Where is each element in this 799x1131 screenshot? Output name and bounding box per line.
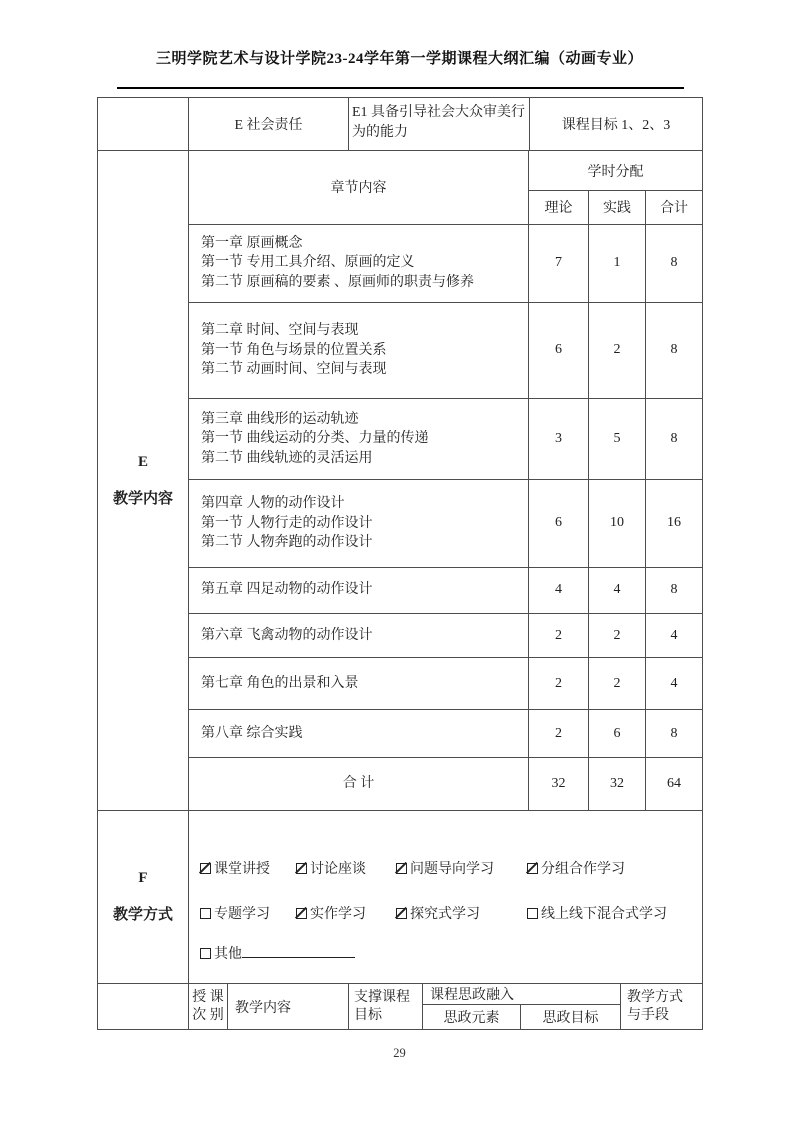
requirement-empty-cell: [98, 98, 189, 150]
chapter-line: 第二章 时间、空间与表现: [201, 321, 528, 341]
table-row: 第六章 飞禽动物的动作设计 2 2 4: [189, 614, 702, 659]
chapter-cell: 第二章 时间、空间与表现 第一节 角色与场景的位置关系 第二节 动画时间、空间与…: [189, 303, 529, 399]
method-option: 讨论座谈: [296, 858, 396, 878]
theory-hours: 2: [529, 614, 589, 658]
method-label: 课堂讲授: [214, 862, 270, 877]
teaching-content-section-label: E 教学内容: [98, 151, 189, 810]
chapter-line: 第二节 动画时间、空间与表现: [201, 360, 528, 380]
support-objectives-header: 支撑课程 目标: [349, 984, 423, 1029]
method-option: 分组合作学习: [527, 858, 702, 878]
requirement-attribute-cell: E 社会责任: [189, 98, 349, 150]
practice-hours: 10: [589, 480, 646, 567]
header-rule: [117, 87, 684, 89]
method-option: 线上线下混合式学习: [527, 903, 702, 923]
total-header: 合计: [646, 191, 702, 224]
requirement-indicator-line2: 为的能力: [352, 123, 527, 143]
theory-hours: 4: [529, 568, 589, 613]
practice-hours: 4: [589, 568, 646, 613]
unchecked-checkbox-icon: [527, 908, 538, 919]
method-label: 线上线下混合式学习: [541, 907, 667, 922]
teaching-methods-section: F 教学方式 课堂讲授 讨论座谈 问题导向学习 分组合作学习 专题学习 实作学习…: [98, 810, 702, 983]
chapter-cell: 第一章 原画概念 第一节 专用工具介绍、原画的定义 第二节 原画稿的要素 、原画…: [189, 225, 529, 302]
theory-hours: 6: [529, 480, 589, 567]
method-label: 专题学习: [214, 907, 270, 922]
chapter-line: 第一节 角色与场景的位置关系: [201, 341, 528, 361]
chapter-cell: 第四章 人物的动作设计 第一节 人物行走的动作设计 第二节 人物奔跑的动作设计: [189, 480, 529, 567]
total-hours: 8: [646, 303, 702, 399]
method-label: 问题导向学习: [410, 862, 494, 877]
teaching-methods-options: 课堂讲授 讨论座谈 问题导向学习 分组合作学习 专题学习 实作学习 探究式学习 …: [189, 811, 702, 983]
total-hours: 8: [646, 225, 702, 302]
chapter-line: 第一节 人物行走的动作设计: [201, 514, 528, 534]
method-label: 分组合作学习: [541, 862, 625, 877]
chapter-line: 第八章 综合实践: [201, 724, 528, 744]
teaching-content-section: E 教学内容 章节内容 学时分配 理论 实践 合计 第一章 原画概念 第一节: [98, 150, 702, 810]
total-hours: 16: [646, 480, 702, 567]
requirement-indicator-cell: E1 具备引导社会大众审美行 为的能力: [349, 98, 530, 150]
chapter-line: 第二节 原画稿的要素 、原画师的职责与修养: [201, 273, 528, 293]
theory-hours: 2: [529, 658, 589, 709]
schedule-content-header: 教学内容: [228, 984, 349, 1029]
teaching-content-table: 章节内容 学时分配 理论 实践 合计 第一章 原画概念 第一节 专用工具介绍、原…: [189, 151, 702, 810]
checked-checkbox-icon: [296, 908, 307, 919]
methods-row: 课堂讲授 讨论座谈 问题导向学习 分组合作学习: [200, 853, 702, 883]
table-row: 第二章 时间、空间与表现 第一节 角色与场景的位置关系 第二节 动画时间、空间与…: [189, 303, 702, 400]
checked-checkbox-icon: [396, 863, 407, 874]
chapter-cell: 第三章 曲线形的运动轨迹 第一节 曲线运动的分类、力量的传递 第二节 曲线轨迹的…: [189, 399, 529, 479]
total-hours: 4: [646, 658, 702, 709]
total-hours: 8: [646, 568, 702, 613]
table-row: 第八章 综合实践 2 6 8: [189, 710, 702, 758]
checked-checkbox-icon: [396, 908, 407, 919]
section-letter-f: F: [138, 870, 147, 887]
method-option: 课堂讲授: [200, 858, 296, 878]
requirement-course-targets-cell: 课程目标 1、2、3: [530, 98, 702, 150]
chapter-line: 第三章 曲线形的运动轨迹: [201, 410, 528, 430]
practice-hours: 2: [589, 614, 646, 658]
chapter-line: 第二节 人物奔跑的动作设计: [201, 533, 528, 553]
chapter-line: 第六章 飞禽动物的动作设计: [201, 626, 528, 646]
page-number: 29: [0, 1046, 799, 1061]
schedule-empty-cell: [98, 984, 189, 1029]
table-row: 第五章 四足动物的动作设计 4 4 8: [189, 568, 702, 614]
syllabus-table: E 社会责任 E1 具备引导社会大众审美行 为的能力 课程目标 1、2、3 E …: [97, 97, 703, 1030]
theory-header: 理论: [529, 191, 589, 224]
total-hours: 4: [646, 614, 702, 658]
table-row: 第三章 曲线形的运动轨迹 第一节 曲线运动的分类、力量的传递 第二节 曲线轨迹的…: [189, 399, 702, 480]
chapter-cell: 第八章 综合实践: [189, 710, 529, 757]
chapter-cell: 第五章 四足动物的动作设计: [189, 568, 529, 613]
ideology-integration-title: 课程思政融入: [423, 984, 620, 1005]
ideology-sub-headers: 思政元素 思政目标: [423, 1005, 620, 1029]
support-line: 目标: [354, 1007, 422, 1025]
chapter-line: 第一节 专用工具介绍、原画的定义: [201, 253, 528, 273]
unchecked-checkbox-icon: [200, 948, 211, 959]
chapter-cell: 第七章 角色的出景和入景: [189, 658, 529, 709]
total-label-cell: 合 计: [189, 758, 529, 810]
page-title: 三明学院艺术与设计学院23-24学年第一学期课程大纲汇编（动画专业）: [0, 47, 799, 68]
methods-row-other: 其他: [200, 943, 702, 973]
checked-checkbox-icon: [296, 863, 307, 874]
practice-hours: 2: [589, 303, 646, 399]
method-option: 专题学习: [200, 903, 296, 923]
practice-header: 实践: [589, 191, 646, 224]
chapter-line: 第一节 曲线运动的分类、力量的传递: [201, 429, 528, 449]
method-option: 探究式学习: [396, 903, 527, 923]
hours-allocation-header: 学时分配: [529, 151, 702, 191]
chapter-line: 第一章 原画概念: [201, 234, 528, 254]
other-blank-line: [242, 944, 355, 958]
practice-hours: 1: [589, 225, 646, 302]
section-title-teaching-content: 教学内容: [113, 487, 173, 508]
requirement-row: E 社会责任 E1 具备引导社会大众审美行 为的能力 课程目标 1、2、3: [98, 98, 702, 150]
practice-total: 32: [589, 758, 646, 810]
hours-sub-header: 理论 实践 合计: [529, 191, 702, 224]
method-means-line: 与手段: [627, 1007, 702, 1025]
practice-hours: 6: [589, 710, 646, 757]
section-letter-e: E: [138, 454, 148, 471]
total-hours: 8: [646, 399, 702, 479]
chapter-line: 第二节 曲线轨迹的灵活运用: [201, 449, 528, 469]
grand-total: 64: [646, 758, 702, 810]
ideology-target-header: 思政目标: [521, 1005, 620, 1029]
chapter-cell: 第六章 飞禽动物的动作设计: [189, 614, 529, 658]
requirement-indicator-line1: E1 具备引导社会大众审美行: [352, 103, 527, 123]
method-option-other: 其他: [200, 947, 355, 962]
theory-hours: 3: [529, 399, 589, 479]
total-row: 合 计 32 32 64: [189, 758, 702, 810]
method-label: 探究式学习: [410, 907, 480, 922]
checked-checkbox-icon: [527, 863, 538, 874]
checked-checkbox-icon: [200, 863, 211, 874]
ideology-element-header: 思政元素: [423, 1005, 521, 1029]
theory-total: 32: [529, 758, 589, 810]
session-line: 次 别: [192, 1007, 224, 1025]
method-label: 实作学习: [310, 907, 366, 922]
table-row: 第四章 人物的动作设计 第一节 人物行走的动作设计 第二节 人物奔跑的动作设计 …: [189, 480, 702, 568]
unchecked-checkbox-icon: [200, 908, 211, 919]
methods-row: 专题学习 实作学习 探究式学习 线上线下混合式学习: [200, 898, 702, 928]
chapter-line: 第七章 角色的出景和入景: [201, 674, 528, 694]
total-label: 合 计: [343, 774, 375, 794]
method-means-header: 教学方式 与手段: [621, 984, 702, 1029]
total-hours: 8: [646, 710, 702, 757]
session-number-header: 授 课 次 别: [189, 984, 228, 1029]
chapter-content-header: 章节内容: [189, 151, 529, 224]
hours-header-block: 学时分配 理论 实践 合计: [529, 151, 702, 224]
theory-hours: 2: [529, 710, 589, 757]
practice-hours: 2: [589, 658, 646, 709]
session-line: 授 课: [192, 989, 224, 1007]
schedule-header-row: 授 课 次 别 教学内容 支撑课程 目标 课程思政融入 思政元素 思政目标 教学…: [98, 983, 702, 1029]
theory-hours: 7: [529, 225, 589, 302]
method-option: 实作学习: [296, 903, 396, 923]
theory-hours: 6: [529, 303, 589, 399]
table-row: 第一章 原画概念 第一节 专用工具介绍、原画的定义 第二节 原画稿的要素 、原画…: [189, 225, 702, 303]
support-line: 支撑课程: [354, 989, 422, 1007]
chapter-line: 第四章 人物的动作设计: [201, 494, 528, 514]
ideology-integration-header: 课程思政融入 思政元素 思政目标: [423, 984, 621, 1029]
teaching-methods-section-label: F 教学方式: [98, 811, 189, 983]
teaching-content-header: 章节内容 学时分配 理论 实践 合计: [189, 151, 702, 225]
practice-hours: 5: [589, 399, 646, 479]
method-label: 讨论座谈: [310, 862, 366, 877]
method-label: 其他: [214, 947, 242, 962]
chapter-line: 第五章 四足动物的动作设计: [201, 580, 528, 600]
section-title-teaching-methods: 教学方式: [113, 903, 173, 924]
method-means-line: 教学方式: [627, 989, 702, 1007]
table-row: 第七章 角色的出景和入景 2 2 4: [189, 658, 702, 710]
method-option: 问题导向学习: [396, 858, 527, 878]
